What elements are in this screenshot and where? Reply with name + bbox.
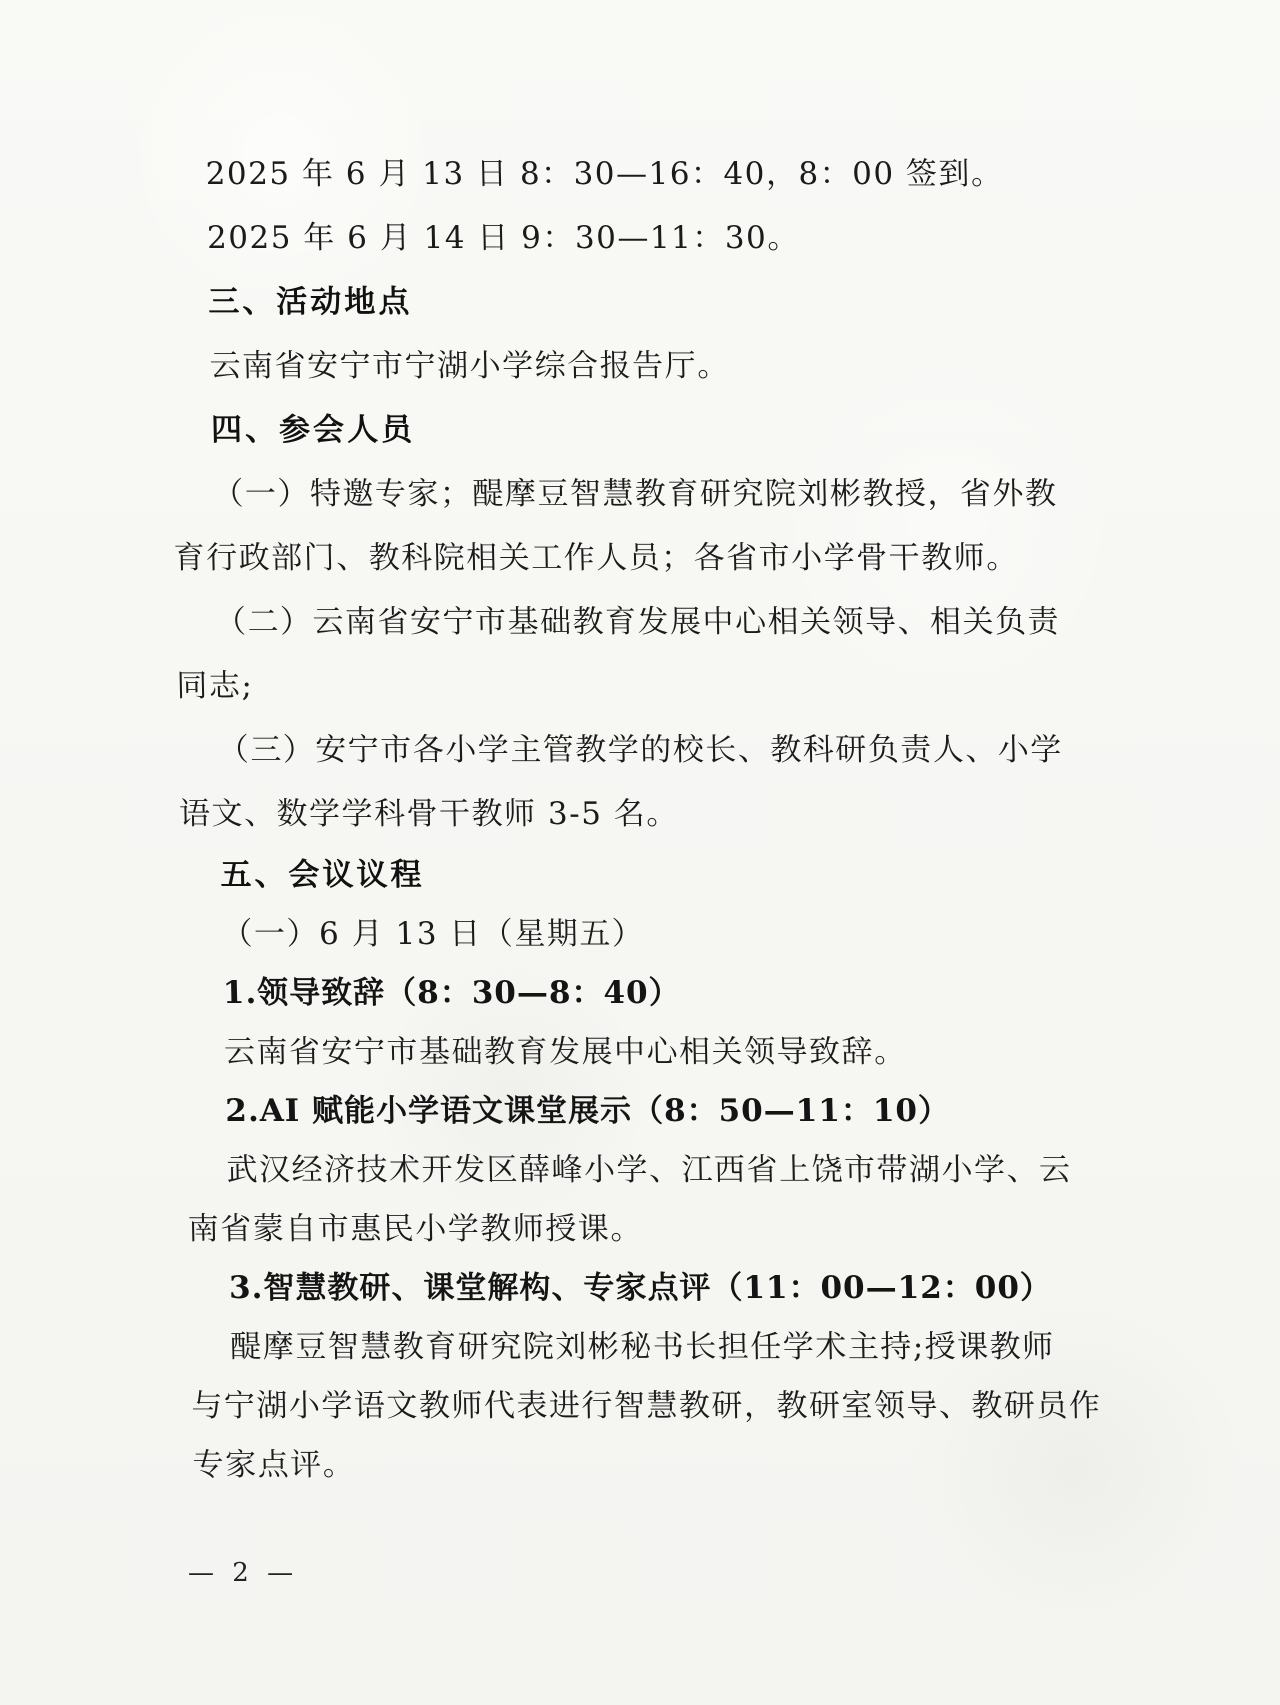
participants-item-2-line-2: 同志; [176,654,1147,718]
participants-item-3-line-2: 语文、数学学科骨干教师 3-5 名。 [178,782,1149,846]
document-body: 2025 年 6 月 13 日 8：30—16：40，8：00 签到。 2025… [165,142,1163,1495]
section-heading-agenda: 五、会议议程 [180,846,1151,905]
participants-item-1-line-1: （一）特邀专家；醍摩豆智慧教育研究院刘彬教授，省外教 [172,462,1143,526]
participants-item-3-line-1: （三）安宁市各小学主管教学的校长、教科研负责人、小学 [177,718,1148,782]
section-heading-participants: 四、参会人员 [170,398,1141,462]
agenda-item-3-title: 3.智慧教研、课堂解构、专家点评（11：00—12：00） [188,1259,1159,1318]
agenda-item-3-detail-line-1: 醍摩豆智慧教育研究院刘彬秘书长担任学术主持;授课教师 [190,1318,1161,1377]
agenda-item-3-detail-line-2: 与宁湖小学语文教师代表进行智慧教研，教研室领导、教研员作 [191,1377,1162,1436]
agenda-item-2-detail-line-2: 南省蒙自市惠民小学教师授课。 [187,1200,1158,1259]
event-time-line-1: 2025 年 6 月 13 日 8：30—16：40，8：00 签到。 [165,142,1136,206]
section-heading-venue: 三、活动地点 [168,270,1139,334]
scanned-document-page: 2025 年 6 月 13 日 8：30—16：40，8：00 签到。 2025… [0,0,1280,1705]
participants-item-1-line-2: 育行政部门、教科院相关工作人员；各省市小学骨干教师。 [173,526,1144,590]
event-time-line-2: 2025 年 6 月 14 日 9：30—11：30。 [166,206,1137,270]
agenda-date-line: （一）6 月 13 日（星期五） [181,905,1152,964]
agenda-item-2-detail-line-1: 武汉经济技术开发区薛峰小学、江西省上饶市带湖小学、云 [186,1141,1157,1200]
page-number: — 2 — [188,1558,298,1588]
agenda-item-1-title: 1.领导致辞（8：30—8：40） [182,964,1153,1023]
agenda-item-3-detail-line-3: 专家点评。 [192,1436,1163,1495]
agenda-item-2-title: 2.AI 赋能小学语文课堂展示（8：50—11：10） [185,1082,1156,1141]
agenda-item-1-detail: 云南省安宁市基础教育发展中心相关领导致辞。 [183,1023,1154,1082]
participants-item-2-line-1: （二）云南省安宁市基础教育发展中心相关领导、相关负责 [174,590,1145,654]
venue-line: 云南省安宁市宁湖小学综合报告厅。 [169,334,1140,398]
